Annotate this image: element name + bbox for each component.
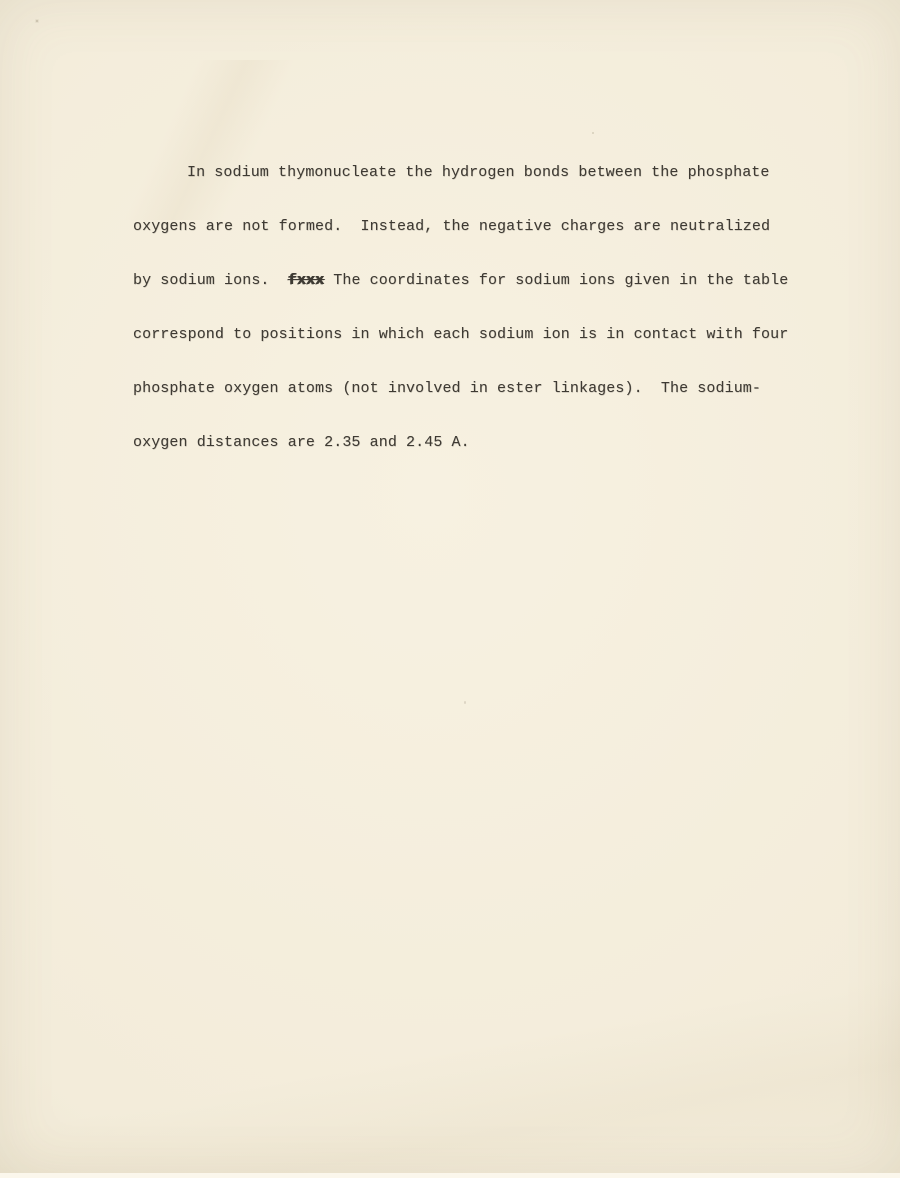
paper-speck — [592, 132, 594, 134]
paper-bottom-edge — [0, 1173, 900, 1178]
paper-crease — [0, 878, 900, 1178]
typed-line-3-pre: by sodium ions. — [133, 272, 288, 289]
paper-page: In sodium thymonucleate the hydrogen bon… — [0, 0, 900, 1178]
typed-line-3-post: The coordinates for sodium ions given in… — [324, 272, 788, 289]
strikethrough-word: fxxx — [288, 272, 324, 289]
typed-line-6: oxygen distances are 2.35 and 2.45 A. — [133, 430, 793, 484]
paper-speck — [464, 701, 466, 704]
typed-paragraph: In sodium thymonucleate the hydrogen bon… — [133, 160, 793, 484]
typed-line-5: phosphate oxygen atoms (not involved in … — [133, 376, 793, 430]
typed-line-4: correspond to positions in which each so… — [133, 322, 793, 376]
typed-line-3: by sodium ions. fxxx The coordinates for… — [133, 268, 793, 322]
typed-line-2: oxygens are not formed. Instead, the neg… — [133, 214, 793, 268]
typed-line-1: In sodium thymonucleate the hydrogen bon… — [133, 160, 793, 214]
paper-speck — [35, 19, 39, 23]
